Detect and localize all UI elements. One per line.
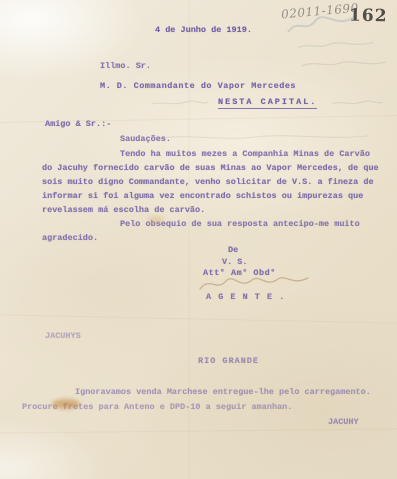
- closing-line: V. S.: [222, 257, 248, 267]
- telegram-heading: RIO GRANDE: [198, 356, 259, 366]
- salutation-line: Illmo. Sr.: [100, 61, 151, 71]
- rust-stain: [52, 399, 80, 409]
- faint-pencil-scribble: [296, 38, 376, 52]
- faint-pencil-scribble: [150, 98, 210, 108]
- body-line: informar si foi alguma vez encontrado sc…: [42, 191, 363, 201]
- closing-line: De: [228, 245, 238, 255]
- faint-pencil-scribble: [330, 98, 385, 108]
- paper-crease: [0, 428, 397, 434]
- letter-date: 4 de Junho de 1919.: [155, 25, 252, 35]
- body-line: revelassem má escolha de carvão.: [42, 205, 205, 215]
- faint-pencil-scribble: [300, 58, 388, 70]
- body-line: agradecido.: [42, 233, 98, 243]
- paper-crease: [0, 314, 397, 324]
- telegram-line: Ignoravamos venda Marchese entregue-lhe …: [75, 387, 371, 397]
- body-line: Tendo ha muitos mezes a Companhia Minas …: [120, 149, 370, 159]
- sender-tag: JACUHYS: [45, 331, 81, 341]
- addressee-line: M. D. Commandante do Vapor Mercedes: [100, 81, 296, 91]
- archival-stamp-number: 162: [349, 6, 388, 27]
- address-city-line: NESTA CAPITAL.: [218, 97, 317, 109]
- telegram-signature: JACUHY: [328, 417, 359, 427]
- handwritten-signature: [196, 274, 314, 294]
- faint-pencil-scribble: [160, 132, 370, 142]
- scanned-letter-page: 02011-1690 162 4 de Junho de 1919. Illmo…: [0, 0, 397, 479]
- closing-title-line: A G E N T E .: [206, 292, 285, 302]
- greeting-line: Amigo & Sr.:-: [45, 119, 111, 129]
- ink-smudge: [148, 216, 164, 223]
- body-line: do Jacuhy fornecido carvão de suas Minas…: [42, 163, 379, 173]
- body-line: sois muito digno Commandante, venho soli…: [42, 177, 374, 187]
